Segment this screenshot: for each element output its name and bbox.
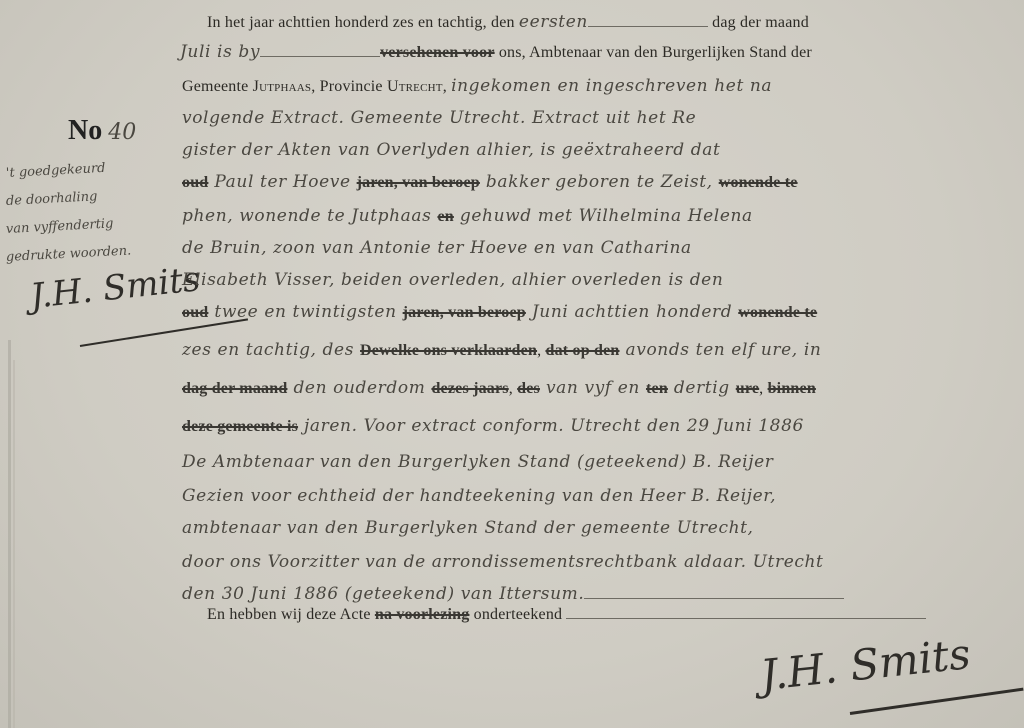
document-line: gister der Akten van Overlyden alhier, i…: [182, 140, 720, 161]
printed-place-name: Utrecht: [387, 78, 443, 95]
struck-printed-text: Dewelke ons verklaarden: [360, 342, 537, 359]
document-line: En hebben wij deze Acte na voorlezing on…: [207, 604, 926, 625]
struck-printed-text: ure: [736, 380, 759, 397]
document-line: door ons Voorzitter van de arrondissemen…: [182, 552, 823, 573]
fill-in-blank-line: [588, 12, 708, 27]
printed-text: dag der maand: [708, 14, 809, 31]
handwritten-entry: gehuwd met Wilhelmina Helena: [454, 206, 753, 226]
printed-place-name: Jutphaas: [253, 78, 312, 95]
printed-text: , Provincie: [311, 78, 387, 95]
document-line: Gezien voor echtheid der handteekening v…: [182, 486, 776, 507]
handwritten-entry: eersten: [519, 12, 588, 32]
page-edge: [13, 360, 15, 728]
printed-text: ,: [509, 380, 517, 397]
struck-printed-text: na voorlezing: [375, 606, 470, 623]
handwritten-entry: ambtenaar van den Burgerlyken Stand der …: [182, 518, 754, 538]
struck-printed-text: jaren, van beroep: [357, 174, 480, 191]
document-line: de Bruin, zoon van Antonie ter Hoeve en …: [182, 238, 692, 259]
document-line: volgende Extract. Gemeente Utrecht. Extr…: [182, 108, 696, 129]
handwritten-entry: den ouderdom: [287, 378, 431, 398]
handwritten-entry: zes en tachtig, des: [182, 340, 360, 360]
handwritten-entry: Juni achttien honderd: [526, 302, 738, 322]
record-number: No40: [68, 115, 136, 147]
struck-printed-text: deze gemeente is: [182, 418, 298, 435]
fill-in-blank-line: [584, 584, 844, 599]
struck-printed-text: des: [517, 380, 540, 397]
margin-note: 't goedgekeurd de doorhaling van vyffend…: [6, 160, 196, 272]
document-line: Gemeente Jutphaas, Provincie Utrecht, in…: [182, 76, 772, 97]
document-line: phen, wonende te Jutphaas en gehuwd met …: [182, 206, 753, 227]
fill-in-blank-line: [566, 604, 926, 619]
document-line: oud twee en twintigsten jaren, van beroe…: [182, 302, 817, 323]
handwritten-entry: bakker geboren te Zeist,: [480, 172, 719, 192]
struck-printed-text: versehenen voor: [380, 44, 495, 61]
struck-printed-text: wonende te: [738, 304, 817, 321]
struck-printed-text: wonende te: [719, 174, 798, 191]
struck-printed-text: binnen: [768, 380, 816, 397]
handwritten-entry: ingekomen en ingeschreven het na: [451, 76, 772, 96]
signature-flourish: [850, 688, 1024, 715]
struck-printed-text: dat op den: [545, 342, 619, 359]
document-line: dag der maand den ouderdom dezes jaars, …: [182, 378, 816, 399]
handwritten-entry: door ons Voorzitter van de arrondissemen…: [182, 552, 823, 572]
struck-printed-text: en: [437, 208, 453, 225]
handwritten-entry: van vyf en: [540, 378, 646, 398]
handwritten-entry: Juli is by: [180, 42, 260, 62]
printed-text: In het jaar achttien honderd zes en tach…: [207, 14, 519, 31]
document-line: oud Paul ter Hoeve jaren, van beroep bak…: [182, 172, 798, 193]
handwritten-entry: avonds ten elf ure, in: [620, 340, 822, 360]
printed-text: ,: [443, 78, 451, 95]
document-line: deze gemeente is jaren. Voor extract con…: [182, 416, 804, 437]
handwritten-entry: gister der Akten van Overlyden alhier, i…: [182, 140, 720, 160]
struck-printed-text: oud: [182, 174, 208, 191]
handwritten-entry: den 30 Juni 1886 (geteekend) van Ittersu…: [182, 584, 584, 604]
handwritten-entry: volgende Extract. Gemeente Utrecht. Extr…: [182, 108, 696, 128]
printed-text: ,: [759, 380, 767, 397]
struck-printed-text: ten: [646, 380, 668, 397]
struck-printed-text: oud: [182, 304, 208, 321]
handwritten-entry: De Ambtenaar van den Burgerlyken Stand (…: [182, 452, 773, 472]
handwritten-entry: Gezien voor echtheid der handteekening v…: [182, 486, 776, 506]
document-line: Elisabeth Visser, beiden overleden, alhi…: [182, 270, 723, 291]
struck-printed-text: dezes jaars: [431, 380, 508, 397]
handwritten-entry: Elisabeth Visser, beiden overleden, alhi…: [182, 270, 723, 290]
handwritten-entry: jaren. Voor extract conform. Utrecht den…: [298, 416, 804, 436]
main-signature: J.H. Smits: [758, 629, 973, 700]
fill-in-blank-line: [260, 42, 380, 57]
printed-text: ons, Ambtenaar van den Burgerlijken Stan…: [495, 44, 812, 61]
document-line: den 30 Juni 1886 (geteekend) van Ittersu…: [182, 584, 844, 605]
printed-text: Gemeente: [182, 78, 253, 95]
record-number-label: No: [68, 115, 102, 146]
page-edge: [8, 340, 11, 728]
document-line: ambtenaar van den Burgerlyken Stand der …: [182, 518, 754, 539]
document-line: zes en tachtig, des Dewelke ons verklaar…: [182, 340, 821, 361]
printed-text: onderteekend: [469, 606, 566, 623]
document-line: De Ambtenaar van den Burgerlyken Stand (…: [182, 452, 773, 473]
document-line: Juli is byversehenen voor ons, Ambtenaar…: [180, 42, 812, 63]
handwritten-entry: Paul ter Hoeve: [208, 172, 356, 192]
printed-text: En hebben wij deze Acte: [207, 606, 375, 623]
handwritten-entry: de Bruin, zoon van Antonie ter Hoeve en …: [182, 238, 692, 258]
handwritten-entry: twee en twintigsten: [208, 302, 402, 322]
handwritten-entry: phen, wonende te Jutphaas: [182, 206, 437, 226]
document-line: In het jaar achttien honderd zes en tach…: [207, 12, 809, 33]
struck-printed-text: dag der maand: [182, 380, 287, 397]
record-number-value: 40: [108, 120, 136, 145]
struck-printed-text: jaren, van beroep: [403, 304, 526, 321]
handwritten-entry: dertig: [668, 378, 736, 398]
